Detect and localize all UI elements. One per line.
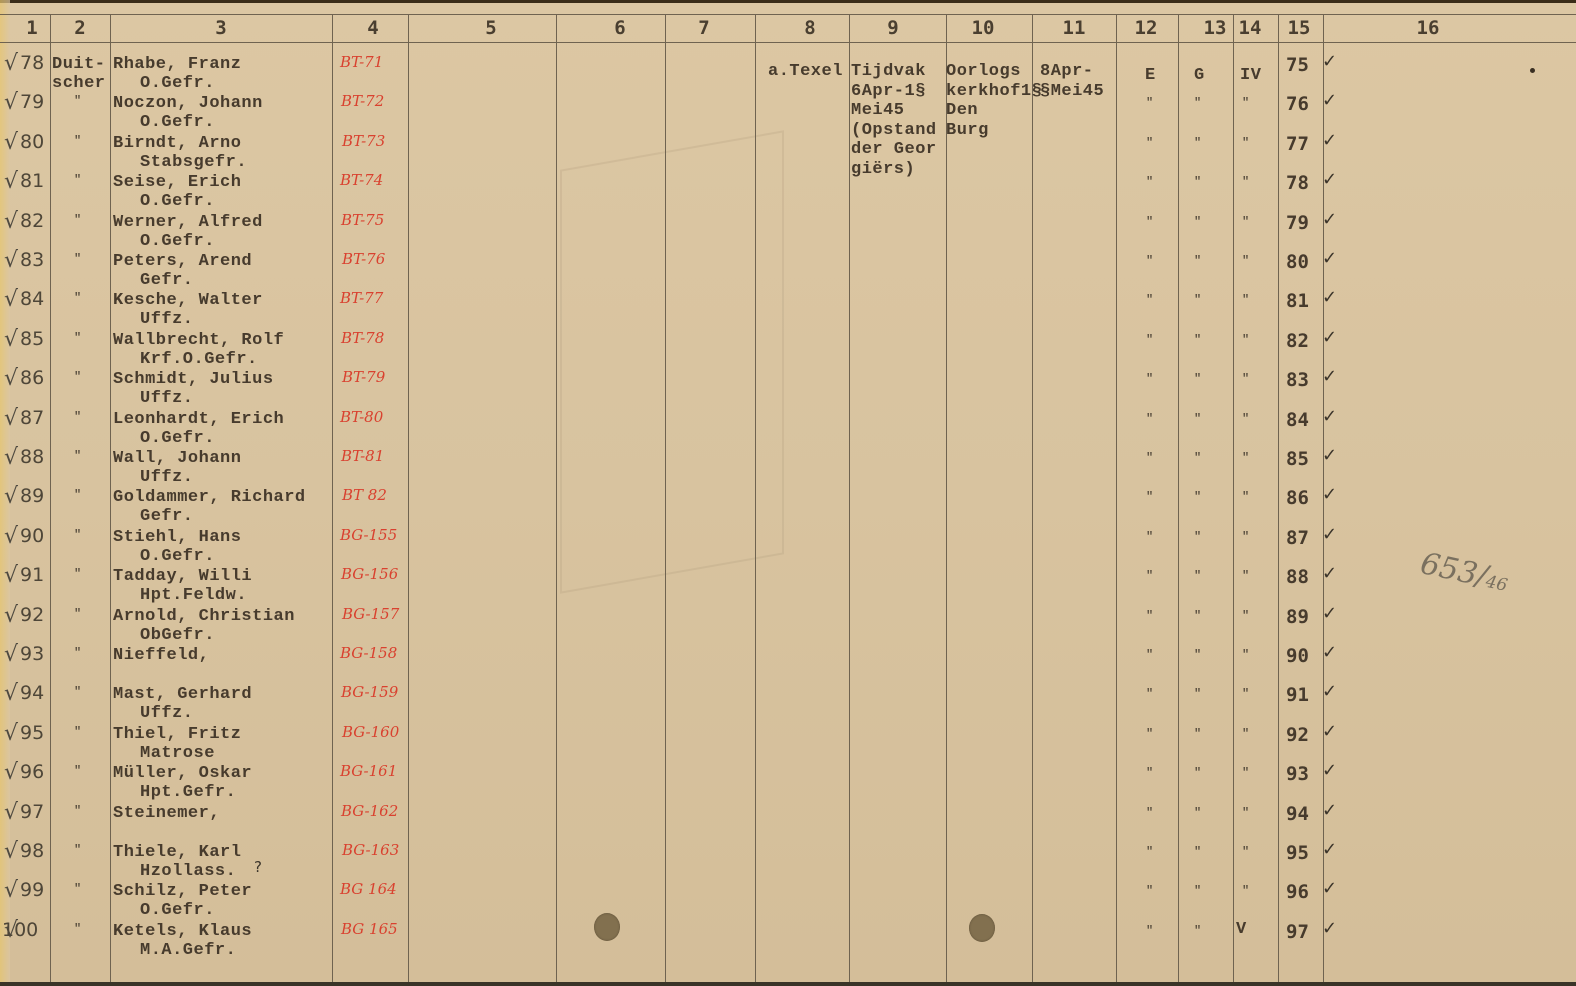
- check-mark-icon: √: [4, 130, 18, 155]
- table-row: √83"Peters, ArendGefr.BT-76"""80✓: [0, 252, 1576, 292]
- check-tick-icon: ✓: [1322, 130, 1337, 151]
- check-mark-icon: √: [4, 366, 18, 391]
- col13-value: G: [1194, 66, 1205, 85]
- person-rank: Matrose: [140, 744, 215, 763]
- check-tick-icon: ✓: [1322, 878, 1337, 899]
- row-number: 88: [20, 446, 44, 468]
- person-rank: O.Gefr.: [140, 192, 215, 211]
- table-row: √84"Kesche, WalterUffz.BT-77"""81✓: [0, 291, 1576, 331]
- ditto-col12: ": [1146, 530, 1153, 544]
- person-name: Schilz, Peter: [113, 882, 252, 901]
- ditto-col14: ": [1242, 412, 1249, 426]
- ditto-col13: ": [1194, 451, 1201, 465]
- ditto-col13: ": [1194, 806, 1201, 820]
- check-mark-icon: √: [4, 484, 18, 509]
- person-rank: O.Gefr.: [140, 74, 215, 93]
- person-name: Wallbrecht, Rolf: [113, 331, 284, 350]
- ditto-nationality: ": [74, 410, 81, 424]
- check-tick-icon: ✓: [1322, 327, 1337, 348]
- check-mark-icon: √: [4, 51, 18, 76]
- ditto-col12: ": [1146, 609, 1153, 623]
- ditto-nationality: ": [74, 213, 81, 227]
- ditto-col12: ": [1146, 372, 1153, 386]
- ditto-col12: ": [1146, 648, 1153, 662]
- ditto-col13: ": [1194, 845, 1201, 859]
- ditto-col12: ": [1146, 333, 1153, 347]
- person-rank: Hpt.Feldw.: [140, 586, 247, 605]
- punch-hole-right: [969, 914, 995, 942]
- table-row: √100"Ketels, KlausM.A.Gefr.BG 165""V97✓: [0, 922, 1576, 962]
- person-name: Rhabe, Franz: [113, 55, 241, 74]
- ditto-nationality: ": [74, 882, 81, 896]
- ditto-col12: ": [1146, 727, 1153, 741]
- table-row: √86"Schmidt, JuliusUffz.BT-79"""83✓: [0, 370, 1576, 410]
- row-number: 81: [20, 170, 44, 192]
- person-rank: ObGefr.: [140, 626, 215, 645]
- check-tick-icon: ✓: [1322, 721, 1337, 742]
- ditto-col13: ": [1194, 609, 1201, 623]
- grave-reference: BG-157: [342, 605, 399, 623]
- person-rank: Hzollass.: [140, 862, 236, 881]
- annotation-year: 46: [1484, 572, 1509, 596]
- nationality-cell: Duit- scher: [52, 55, 106, 93]
- person-rank: Gefr.: [140, 507, 194, 526]
- sequence-number: 81: [1286, 290, 1309, 312]
- row-number: 79: [20, 91, 44, 113]
- check-mark-icon: √: [4, 524, 18, 549]
- sequence-number: 84: [1286, 409, 1309, 431]
- table-row: √85"Wallbrecht, RolfKrf.O.Gefr.BT-78"""8…: [0, 331, 1576, 371]
- ditto-nationality: ": [74, 843, 81, 857]
- check-tick-icon: ✓: [1322, 524, 1337, 545]
- handwritten-question-mark: ?: [254, 858, 262, 876]
- column-header-13: 13: [1195, 16, 1235, 40]
- sequence-number: 79: [1286, 212, 1309, 234]
- row-number: 80: [20, 131, 44, 153]
- person-rank: Hpt.Gefr.: [140, 783, 236, 802]
- ditto-col14: ": [1242, 766, 1249, 780]
- grave-reference: BG-156: [341, 565, 398, 583]
- column-header-12: 12: [1126, 16, 1166, 40]
- ditto-col12: ": [1146, 490, 1153, 504]
- person-rank: Stabsgefr.: [140, 153, 247, 172]
- check-tick-icon: ✓: [1322, 563, 1337, 584]
- ditto-col14: ": [1242, 609, 1249, 623]
- check-tick-icon: ✓: [1322, 248, 1337, 269]
- table-row: √95"Thiel, FritzMatroseBG-160"""92✓: [0, 725, 1576, 765]
- person-rank: Gefr.: [140, 271, 194, 290]
- ditto-col13: ": [1194, 372, 1201, 386]
- row-number: 98: [20, 840, 44, 862]
- grave-reference: BG-161: [340, 762, 397, 780]
- grave-reference: BT-79: [342, 368, 385, 386]
- check-tick-icon: ✓: [1322, 603, 1337, 624]
- table-row: √92"Arnold, ChristianObGefr.BG-157"""89✓: [0, 607, 1576, 647]
- table-row: √89"Goldammer, RichardGefr.BT 82"""86✓: [0, 488, 1576, 528]
- ditto-col13: ": [1194, 884, 1201, 898]
- grave-reference: BG-158: [340, 644, 397, 662]
- ditto-nationality: ": [74, 804, 81, 818]
- ditto-col13: ": [1194, 530, 1201, 544]
- column-header-9: 9: [873, 16, 913, 40]
- table-row: √97"Steinemer,BG-162"""94✓: [0, 804, 1576, 844]
- ditto-nationality: ": [74, 134, 81, 148]
- sequence-number: 78: [1286, 172, 1309, 194]
- person-rank: Uffz.: [140, 310, 194, 329]
- check-tick-icon: ✓: [1322, 445, 1337, 466]
- ditto-col12: ": [1146, 766, 1153, 780]
- check-mark-icon: √: [4, 760, 18, 785]
- column-header-11: 11: [1054, 16, 1094, 40]
- check-tick-icon: ✓: [1322, 800, 1337, 821]
- check-mark-icon: √: [4, 800, 18, 825]
- grave-reference: BT-77: [340, 289, 383, 307]
- row-number: 97: [20, 801, 44, 823]
- ditto-col12: ": [1146, 96, 1153, 110]
- ditto-col13: ": [1194, 687, 1201, 701]
- ditto-col14: ": [1242, 530, 1249, 544]
- row-number: 86: [20, 367, 44, 389]
- sequence-number: 82: [1286, 330, 1309, 352]
- person-name: Birndt, Arno: [113, 134, 241, 153]
- table-row: √90"Stiehl, HansO.Gefr.BG-155"""87✓: [0, 528, 1576, 568]
- sequence-number: 77: [1286, 133, 1309, 155]
- sequence-number: 92: [1286, 724, 1309, 746]
- person-name: Leonhardt, Erich: [113, 410, 284, 429]
- person-name: Seise, Erich: [113, 173, 241, 192]
- ditto-col13: ": [1194, 293, 1201, 307]
- header-bottom-rule: [0, 42, 1576, 43]
- col12-value: E: [1145, 66, 1156, 85]
- table-row: √96"Müller, OskarHpt.Gefr.BG-161"""93✓: [0, 764, 1576, 804]
- column-header-2: 2: [60, 16, 100, 40]
- sequence-number: 85: [1286, 448, 1309, 470]
- ditto-col14: ": [1242, 727, 1249, 741]
- ditto-col14: ": [1242, 490, 1249, 504]
- ditto-col12: ": [1146, 215, 1153, 229]
- sequence-number: 86: [1286, 487, 1309, 509]
- ditto-nationality: ": [74, 528, 81, 542]
- person-name: Müller, Oskar: [113, 764, 252, 783]
- ditto-col13: ": [1194, 412, 1201, 426]
- ditto-col14: ": [1242, 806, 1249, 820]
- ditto-col13: ": [1194, 490, 1201, 504]
- ditto-col12: ": [1146, 136, 1153, 150]
- grave-reference: BT-72: [341, 92, 384, 110]
- person-rank: O.Gefr.: [140, 901, 215, 920]
- ditto-col12: ": [1146, 254, 1153, 268]
- check-tick-icon: ✓: [1322, 209, 1337, 230]
- col10-burial-place: Oorlogs kerkhof1§ Den Burg: [946, 62, 1042, 140]
- table-row: √93"Nieffeld,BG-158"""90✓: [0, 646, 1576, 686]
- ditto-col13: ": [1194, 254, 1201, 268]
- ditto-col13: ": [1194, 648, 1201, 662]
- column-header-3: 3: [201, 16, 241, 40]
- ditto-col12: ": [1146, 845, 1153, 859]
- check-mark-icon: √: [4, 445, 18, 470]
- person-name: Stiehl, Hans: [113, 528, 241, 547]
- ditto-nationality: ": [74, 291, 81, 305]
- ditto-col14: ": [1242, 136, 1249, 150]
- col14-value-last: V: [1236, 920, 1247, 939]
- column-header-7: 7: [684, 16, 724, 40]
- row-number: 78: [20, 52, 44, 74]
- grave-reference: BT-71: [340, 53, 383, 71]
- grave-reference: BT-75: [341, 211, 384, 229]
- ditto-col12: ": [1146, 175, 1153, 189]
- ditto-nationality: ": [74, 764, 81, 778]
- register-sheet: 12345678910111213141516 √78Rhabe, FranzO…: [0, 0, 1576, 986]
- grave-reference: BG-160: [342, 723, 399, 741]
- check-mark-icon: √: [4, 248, 18, 273]
- column-header-16: 16: [1408, 16, 1448, 40]
- grave-reference: BT-81: [341, 447, 384, 465]
- ditto-col12: ": [1146, 293, 1153, 307]
- sequence-number: 88: [1286, 566, 1309, 588]
- table-row: √94"Mast, GerhardUffz.BG-159"""91✓: [0, 685, 1576, 725]
- col8-place: a.Texel: [768, 62, 843, 82]
- person-rank: O.Gefr.: [140, 429, 215, 448]
- person-name: Schmidt, Julius: [113, 370, 274, 389]
- row-number: 84: [20, 288, 44, 310]
- ditto-nationality: ": [74, 252, 81, 266]
- grave-reference: BT-74: [340, 171, 383, 189]
- ditto-nationality: ": [74, 922, 81, 936]
- row-number: 87: [20, 407, 44, 429]
- ditto-col13: ": [1194, 175, 1201, 189]
- sequence-number: 89: [1286, 606, 1309, 628]
- sequence-number: 83: [1286, 369, 1309, 391]
- ditto-col14: ": [1242, 451, 1249, 465]
- ditto-col14: ": [1242, 687, 1249, 701]
- grave-reference: BT 82: [342, 486, 387, 504]
- sequence-number: 95: [1286, 842, 1309, 864]
- table-row: √99"Schilz, PeterO.Gefr.BG 164"""96✓: [0, 882, 1576, 922]
- ditto-col14: ": [1242, 569, 1249, 583]
- person-name: Nieffeld,: [113, 646, 209, 665]
- ditto-col14: ": [1242, 333, 1249, 347]
- column-header-5: 5: [471, 16, 511, 40]
- col14-value: IV: [1240, 66, 1261, 85]
- sequence-number: 90: [1286, 645, 1309, 667]
- check-mark-icon: √: [4, 721, 18, 746]
- person-name: Noczon, Johann: [113, 94, 263, 113]
- row-number: 83: [20, 249, 44, 271]
- header-top-rule: [0, 14, 1576, 15]
- grave-reference: BT-80: [340, 408, 383, 426]
- column-header-1: 1: [12, 16, 52, 40]
- column-header-6: 6: [600, 16, 640, 40]
- person-name: Peters, Arend: [113, 252, 252, 271]
- check-tick-icon: ✓: [1322, 484, 1337, 505]
- col9-period: Tijdvak 6Apr-1§ Mei45 (Opstand der Geor …: [851, 62, 937, 179]
- ditto-col14: ": [1242, 175, 1249, 189]
- ditto-nationality: ": [74, 488, 81, 502]
- top-edge: [0, 0, 1576, 3]
- ditto-nationality: ": [74, 685, 81, 699]
- table-row: √91"Tadday, WilliHpt.Feldw.BG-156"""88✓: [0, 567, 1576, 607]
- ditto-col12: ": [1146, 569, 1153, 583]
- ditto-col13: ": [1194, 924, 1201, 938]
- grave-reference: BT-76: [342, 250, 385, 268]
- ditto-col12: ": [1146, 884, 1153, 898]
- ditto-col13: ": [1194, 569, 1201, 583]
- check-mark-icon: √: [4, 209, 18, 234]
- table-row: √98"Thiele, KarlHzollass.BG-163"""95✓: [0, 843, 1576, 883]
- sequence-number: 91: [1286, 684, 1309, 706]
- person-name: Kesche, Walter: [113, 291, 263, 310]
- check-mark-icon: √: [4, 878, 18, 903]
- table-row: √80"Birndt, ArnoStabsgefr.BT-73"""77✓: [0, 134, 1576, 174]
- ditto-col13: ": [1194, 766, 1201, 780]
- grave-reference: BG 165: [341, 920, 398, 938]
- grave-reference: BG-159: [341, 683, 398, 701]
- column-header-4: 4: [353, 16, 393, 40]
- table-row: √88"Wall, JohannUffz.BT-81"""85✓: [0, 449, 1576, 489]
- ditto-col12: ": [1146, 924, 1153, 938]
- ditto-nationality: ": [74, 449, 81, 463]
- person-rank: M.A.Gefr.: [140, 941, 236, 960]
- check-mark-icon: √: [4, 563, 18, 588]
- check-tick-icon: ✓: [1322, 406, 1337, 427]
- ditto-nationality: ": [74, 567, 81, 581]
- sequence-number: 75: [1286, 54, 1309, 76]
- sequence-number: 93: [1286, 763, 1309, 785]
- ditto-col14: ": [1242, 845, 1249, 859]
- ditto-col14: ": [1242, 215, 1249, 229]
- person-name: Wall, Johann: [113, 449, 241, 468]
- sequence-number: 96: [1286, 881, 1309, 903]
- sequence-number: 76: [1286, 93, 1309, 115]
- check-mark-icon: √: [4, 681, 18, 706]
- sequence-number: 97: [1286, 921, 1309, 943]
- check-tick-icon: ✓: [1322, 642, 1337, 663]
- grave-reference: BG-155: [340, 526, 397, 544]
- sequence-number: 94: [1286, 803, 1309, 825]
- grave-reference: BT-73: [342, 132, 385, 150]
- column-header-10: 10: [963, 16, 1003, 40]
- row-number: 91: [20, 564, 44, 586]
- person-name: Goldammer, Richard: [113, 488, 306, 507]
- row-number: 92: [20, 604, 44, 626]
- grave-reference: BT-78: [341, 329, 384, 347]
- table-row: √81"Seise, ErichO.Gefr.BT-74"""78✓: [0, 173, 1576, 213]
- person-name: Steinemer,: [113, 804, 220, 823]
- person-name: Werner, Alfred: [113, 213, 263, 232]
- person-rank: O.Gefr.: [140, 547, 215, 566]
- person-name: Thiele, Karl: [113, 843, 241, 862]
- ditto-col14: ": [1242, 648, 1249, 662]
- check-tick-icon: ✓: [1322, 839, 1337, 860]
- table-row: √87"Leonhardt, ErichO.Gefr.BT-80"""84✓: [0, 410, 1576, 450]
- col11-date: 8Apr- §Mei45: [1040, 62, 1104, 101]
- ditto-col13: ": [1194, 727, 1201, 741]
- ditto-col12: ": [1146, 451, 1153, 465]
- check-mark-icon: √: [4, 839, 18, 864]
- ditto-nationality: ": [74, 94, 81, 108]
- grave-reference: BG-163: [342, 841, 399, 859]
- check-mark-icon: √: [4, 90, 18, 115]
- check-tick-icon: ✓: [1322, 760, 1337, 781]
- row-number: 82: [20, 210, 44, 232]
- check-tick-icon: ✓: [1322, 287, 1337, 308]
- ditto-col13: ": [1194, 333, 1201, 347]
- ditto-col13: ": [1194, 215, 1201, 229]
- check-mark-icon: √: [4, 169, 18, 194]
- table-row: √82"Werner, AlfredO.Gefr.BT-75"""79✓: [0, 213, 1576, 253]
- sequence-number: 87: [1286, 527, 1309, 549]
- sequence-number: 80: [1286, 251, 1309, 273]
- ink-dot: [1530, 68, 1535, 73]
- punch-hole-left: [594, 913, 620, 941]
- ditto-col12: ": [1146, 687, 1153, 701]
- person-name: Ketels, Klaus: [113, 922, 252, 941]
- ditto-nationality: ": [74, 331, 81, 345]
- ditto-col14: ": [1242, 96, 1249, 110]
- check-tick-icon: ✓: [1322, 366, 1337, 387]
- row-number: 85: [20, 328, 44, 350]
- ditto-nationality: ": [74, 173, 81, 187]
- check-tick-icon: ✓: [1322, 918, 1337, 939]
- check-tick-icon: ✓: [1322, 90, 1337, 111]
- ditto-col14: ": [1242, 372, 1249, 386]
- check-mark-icon: √: [4, 406, 18, 431]
- ditto-nationality: ": [74, 725, 81, 739]
- person-rank: O.Gefr.: [140, 232, 215, 251]
- person-name: Arnold, Christian: [113, 607, 295, 626]
- column-header-14: 14: [1230, 16, 1270, 40]
- row-number: 95: [20, 722, 44, 744]
- ditto-nationality: ": [74, 370, 81, 384]
- check-mark-icon: √: [4, 603, 18, 628]
- ditto-col14: ": [1242, 254, 1249, 268]
- ditto-col13: ": [1194, 96, 1201, 110]
- check-mark-icon: √: [4, 327, 18, 352]
- person-name: Mast, Gerhard: [113, 685, 252, 704]
- row-number: 93: [20, 643, 44, 665]
- ditto-col14: ": [1242, 884, 1249, 898]
- grave-reference: BG 164: [340, 880, 397, 898]
- row-number: 89: [20, 485, 44, 507]
- ditto-nationality: ": [74, 646, 81, 660]
- person-rank: Uffz.: [140, 389, 194, 408]
- ditto-col14: ": [1242, 293, 1249, 307]
- ditto-col12: ": [1146, 412, 1153, 426]
- person-name: Thiel, Fritz: [113, 725, 241, 744]
- person-rank: O.Gefr.: [140, 113, 215, 132]
- person-rank: Uffz.: [140, 468, 194, 487]
- ditto-col12: ": [1146, 806, 1153, 820]
- row-number: 99: [20, 879, 44, 901]
- row-number: 90: [20, 525, 44, 547]
- table-row: √79"Noczon, JohannO.Gefr.BT-72"""76✓: [0, 94, 1576, 134]
- person-rank: Uffz.: [140, 704, 194, 723]
- check-mark-icon: √: [4, 287, 18, 312]
- column-header-8: 8: [790, 16, 830, 40]
- grave-reference: BG-162: [341, 802, 398, 820]
- row-number: 100: [2, 919, 38, 941]
- row-number: 94: [20, 682, 44, 704]
- check-tick-icon: ✓: [1322, 681, 1337, 702]
- person-name: Tadday, Willi: [113, 567, 252, 586]
- bottom-edge: [0, 982, 1576, 986]
- ditto-nationality: ": [74, 607, 81, 621]
- check-tick-icon: ✓: [1322, 169, 1337, 190]
- check-mark-icon: √: [4, 642, 18, 667]
- person-rank: Krf.O.Gefr.: [140, 350, 258, 369]
- check-tick-icon: ✓: [1322, 51, 1337, 72]
- column-header-15: 15: [1279, 16, 1319, 40]
